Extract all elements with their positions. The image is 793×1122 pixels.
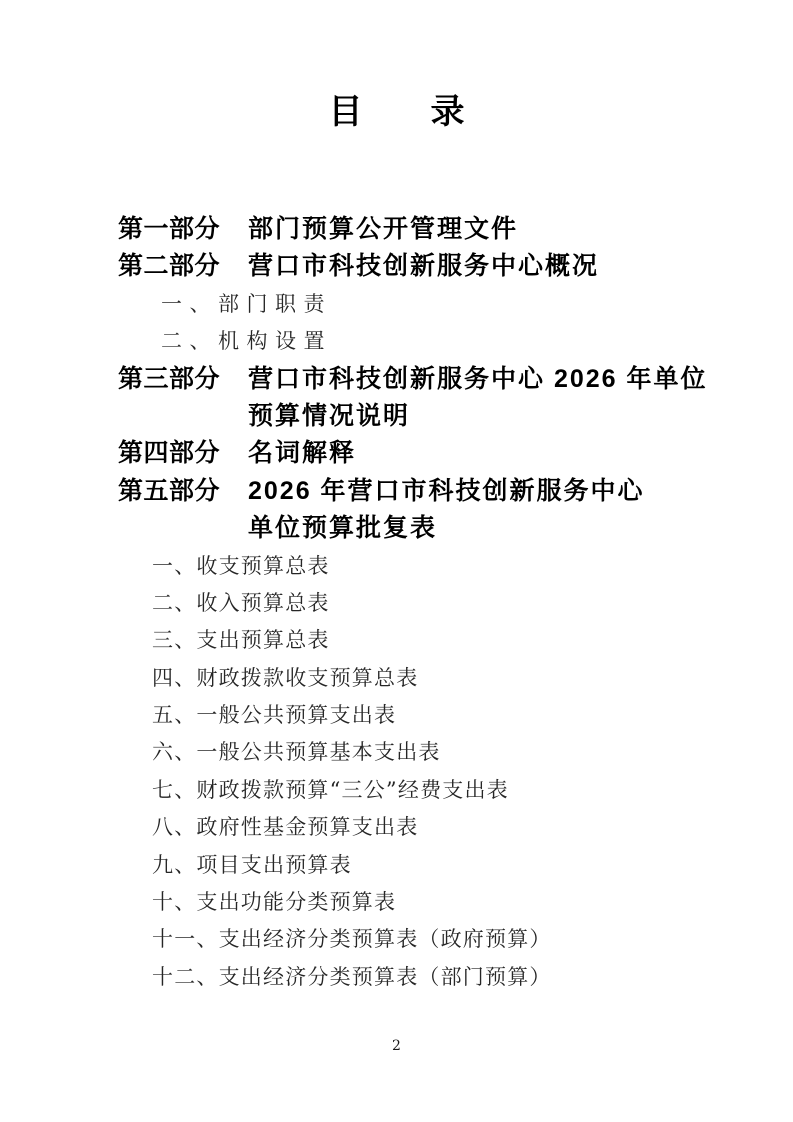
toc-sub-entry: 十二、支出经济分类预算表（部门预算） xyxy=(0,959,793,996)
sub-entry-text: 二、收入预算总表 xyxy=(152,591,330,615)
part-title: 营口市科技创新服务中心 2026 年单位 xyxy=(248,365,708,393)
part-title-wrap-text: 单位预算批复表 xyxy=(248,514,437,542)
sub-entry-text: 十、支出功能分类预算表 xyxy=(152,890,396,914)
sub-entry-text: 五、一般公共预算支出表 xyxy=(152,703,396,727)
toc-sub-entry: 八、政府性基金预算支出表 xyxy=(0,809,793,846)
page-number: 2 xyxy=(0,1036,793,1056)
part-label: 第二部分 xyxy=(118,248,248,285)
sub-entry-text: 六、一般公共预算基本支出表 xyxy=(152,740,441,764)
toc-sub-entry: 一、部门职责 xyxy=(0,286,793,323)
part-label: 第四部分 xyxy=(118,435,248,472)
toc-sub-entry: 十一、支出经济分类预算表（政府预算） xyxy=(0,921,793,958)
toc-sub-entry: 九、项目支出预算表 xyxy=(0,847,793,884)
sub-entry-text: 八、政府性基金预算支出表 xyxy=(152,815,418,839)
sub-entry-text: 十二、支出经济分类预算表（部门预算） xyxy=(152,965,552,989)
toc-part-continuation: 预算情况说明 xyxy=(0,398,793,435)
toc-sub-entry: 二、收入预算总表 xyxy=(0,585,793,622)
part-title: 2026 年营口市科技创新服务中心 xyxy=(248,477,645,505)
part-label: 第五部分 xyxy=(118,473,248,510)
toc-part-entry: 第二部分营口市科技创新服务中心概况 xyxy=(0,248,793,285)
part-title: 部门预算公开管理文件 xyxy=(248,215,518,243)
toc-part-continuation: 单位预算批复表 xyxy=(0,510,793,547)
sub-entry-text: 十一、支出经济分类预算表（政府预算） xyxy=(152,927,552,951)
toc-sub-entry: 二、机构设置 xyxy=(0,323,793,360)
toc-part-entry: 第五部分2026 年营口市科技创新服务中心 xyxy=(0,473,793,510)
sub-entry-text: 一、部门职责 xyxy=(161,292,332,316)
toc-sub-entry: 十、支出功能分类预算表 xyxy=(0,884,793,921)
part-label: 第一部分 xyxy=(118,211,248,248)
toc-part-entry: 第三部分营口市科技创新服务中心 2026 年单位 xyxy=(0,361,793,398)
sub-entry-text: 一、收支预算总表 xyxy=(152,554,330,578)
page-title: 目 录 xyxy=(0,92,793,132)
sub-entry-text: 九、项目支出预算表 xyxy=(152,853,352,877)
part-label: 第三部分 xyxy=(118,361,248,398)
sub-entry-text: 四、财政拨款收支预算总表 xyxy=(152,666,418,690)
toc-sub-entry: 一、收支预算总表 xyxy=(0,548,793,585)
part-title: 营口市科技创新服务中心概况 xyxy=(248,252,599,280)
sub-entry-text: 三、支出预算总表 xyxy=(152,628,330,652)
part-title-wrap-text: 预算情况说明 xyxy=(248,402,410,430)
toc-sub-entry: 三、支出预算总表 xyxy=(0,622,793,659)
part-title: 名词解释 xyxy=(248,439,356,467)
sub-entry-text: 七、财政拨款预算“三公”经费支出表 xyxy=(152,778,509,802)
document-page: 目 录 第一部分部门预算公开管理文件第二部分营口市科技创新服务中心概况一、部门职… xyxy=(0,0,793,1122)
table-of-contents: 第一部分部门预算公开管理文件第二部分营口市科技创新服务中心概况一、部门职责二、机… xyxy=(0,211,793,996)
toc-sub-entry: 四、财政拨款收支预算总表 xyxy=(0,660,793,697)
toc-sub-entry: 五、一般公共预算支出表 xyxy=(0,697,793,734)
toc-sub-entry: 六、一般公共预算基本支出表 xyxy=(0,734,793,771)
sub-entry-text: 二、机构设置 xyxy=(161,329,332,353)
toc-sub-entry: 七、财政拨款预算“三公”经费支出表 xyxy=(0,772,793,809)
toc-part-entry: 第一部分部门预算公开管理文件 xyxy=(0,211,793,248)
toc-part-entry: 第四部分名词解释 xyxy=(0,435,793,472)
